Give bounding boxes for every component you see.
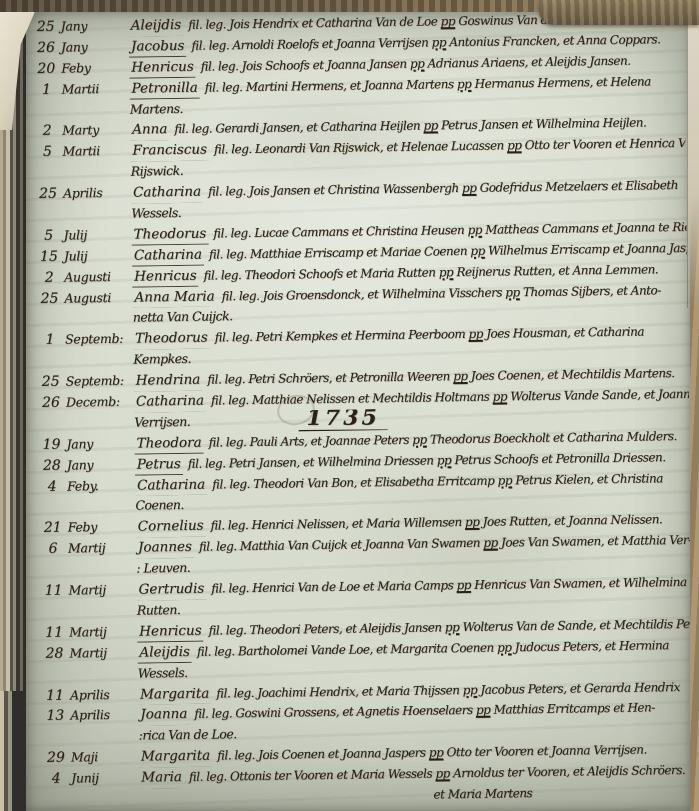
entry-name: Anna Maria [132,286,216,309]
entry-continuation-text: : Leuven. [136,558,190,579]
entry-month: Jany [61,16,129,37]
entry-month: Jany [67,454,135,475]
entry-name: Henricus [129,57,196,79]
entry-day: 11 [39,622,69,643]
pp-sponsor-mark: pp [456,578,471,592]
entry-name: Gertrudis [136,579,206,601]
entry-day: 1 [35,330,65,351]
entry-name: Petronilla [129,77,199,99]
entry-month: Decemb: [66,392,134,413]
entry-month: Martij [69,642,137,663]
pp-sponsor-mark: pp [445,620,460,634]
pp-sponsor-mark: pp [429,746,444,760]
entry-name: Aleijdis [129,15,184,37]
manuscript-page: 25JanyAleijdisfil. leg. Jois Hendrix et … [25,9,690,811]
entry-day: 1 [31,79,61,100]
entry-month: Maji [71,747,139,768]
entry-month: Septemb: [66,371,134,392]
pp-sponsor-mark: pp [507,139,522,153]
entry-day: 5 [33,225,63,246]
entry-day: 28 [37,455,67,476]
entry-month: Feby [68,517,136,538]
pp-sponsor-mark: pp [492,389,507,403]
entry-continuation-text: Coenen. [135,495,184,516]
entry-day: 11 [38,581,68,602]
entry-continuation-text: Kempkes. [133,349,191,370]
entry-day: 6 [38,539,68,560]
entry-month: Feby [61,57,129,78]
entry-day: 28 [39,643,69,664]
entry-month: Junij [71,768,139,789]
entry-name: Anna [130,120,169,142]
entry-day: 26 [31,38,61,59]
entry-day: 25 [36,372,66,393]
pp-sponsor-mark: pp [412,432,427,446]
entry-day: 13 [40,706,70,727]
entry-month: Aprilis [70,684,138,705]
entry-day: 11 [40,685,70,706]
entry-month: Augusti [64,287,132,308]
entry-continuation-text: Wessels. [131,203,181,224]
entry-name: Franciscus [130,140,209,163]
entry-continuation-text: Verrijsen. [134,412,190,433]
entry-day: 29 [41,748,71,769]
entry-month: Julij [63,225,131,246]
entry-month: Septemb: [65,329,133,350]
entry-name: Catharina [134,391,206,414]
entry-name: Jacobus [129,36,187,58]
pp-sponsor-mark: pp [468,327,483,341]
pp-sponsor-mark: pp [483,536,498,550]
entry-day: 25 [34,288,64,309]
entry-name: Theodora [134,432,203,454]
entry-month: Jany [66,433,134,454]
entry-name: Maria [139,767,184,789]
pp-sponsor-mark: pp [457,77,472,91]
entry-month: Martii [62,141,130,162]
entry-month: Jany [61,37,129,58]
pp-sponsor-mark: pp [439,265,454,279]
pp-sponsor-mark: pp [497,473,512,487]
entry-continuation-text: :rica Van de Loe. [138,725,236,747]
entry-day: 2 [32,121,62,142]
entry-day: 4 [41,769,71,790]
entry-name: Henricus [137,621,204,643]
neighbour-pages-right-edge [687,18,699,308]
entry-month: Martij [69,621,137,642]
entry-continuation-text: Rijswick. [131,161,184,182]
entry-name: Theodorus [133,328,210,351]
pp-sponsor-mark: pp [453,369,468,383]
entry-day: 25 [33,184,63,205]
entry-name: Henricus [132,265,199,287]
pp-sponsor-mark: pp [437,453,452,467]
entry-name: Petrus [135,454,183,476]
pp-sponsor-mark: pp [467,223,482,237]
entry-day: 21 [38,518,68,539]
entry-day: 5 [32,142,62,163]
entry-continuation-text: Wessels. [138,663,188,684]
entry-name: Margarita [138,683,212,706]
entry-name: Cornelius [136,516,206,538]
entry-month: Julij [64,245,132,266]
entry-day: 4 [37,476,67,497]
pp-sponsor-mark: pp [476,703,491,717]
entry-name: Margarita [139,746,213,769]
entry-name: Catharina [131,182,203,205]
entry-continuation-text: Rutten. [137,600,181,621]
entry-month: Aprilis [70,705,138,726]
pp-sponsor-mark: pp [410,56,425,70]
entry-fragment-text: et Maria Martens [433,783,532,805]
entry-name: Catharina [132,244,204,267]
pp-sponsor-mark: pp [435,766,450,780]
entry-month: Martii [61,78,129,99]
entry-month: Aprilis [63,183,131,204]
entry-day: 25 [31,17,61,38]
entry-continuation-text: Martens. [130,98,183,119]
pp-sponsor-mark: pp [505,285,520,299]
entry-day: 2 [34,267,64,288]
entry-day: 15 [34,246,64,267]
pp-sponsor-mark: pp [497,640,512,654]
pp-sponsor-mark: pp [432,35,447,49]
baptism-register-entries: 25JanyAleijdisfil. leg. Jois Hendrix et … [31,9,690,811]
pp-sponsor-mark: pp [470,244,485,258]
entry-name: Catharina [135,474,207,497]
entry-month: Martij [68,538,136,559]
pp-sponsor-mark: pp [463,682,478,696]
entry-name: Joannes [136,537,194,559]
table-corner-top-right [539,0,699,25]
pp-sponsor-mark: pp [462,181,477,195]
entry-month: Marty [62,120,130,141]
entry-month: Martij [68,580,136,601]
pp-sponsor-mark: pp [441,14,456,28]
pp-sponsor-mark: pp [423,119,438,133]
entry-day: 20 [31,58,61,79]
entry-month: Augusti [64,266,132,287]
entry-continuation-text: netta Van Cuijck. [133,307,233,329]
entry-name: Theodorus [131,223,208,246]
entry-name: Hendrina [134,370,203,392]
entry-day: 26 [36,393,66,414]
entry-name: Joanna [138,704,189,726]
entry-name: Aleijdis [137,642,192,664]
entry-day: 19 [36,434,66,455]
entry-month: Feby. [67,475,135,496]
pp-sponsor-mark: pp [465,515,480,529]
page-corner-bottom-left [0,691,26,811]
